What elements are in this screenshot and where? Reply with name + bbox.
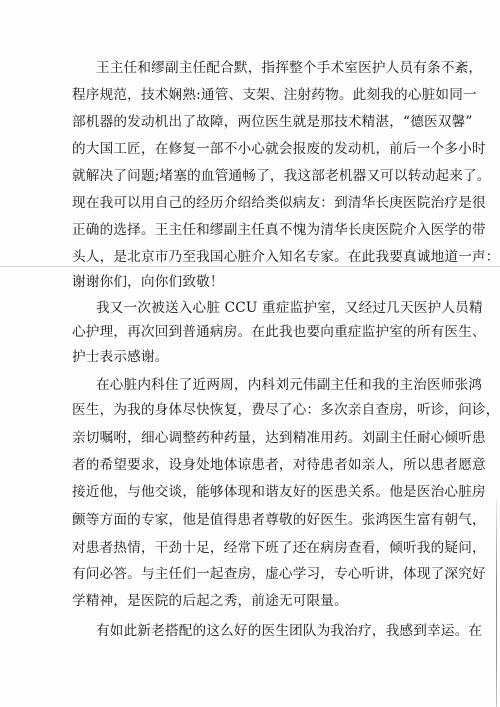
paragraph-1-line-2: 程序规范，技术娴熟:通管、支架、注射药物。此刻我的心脏如同一 — [72, 87, 420, 103]
scanned-document-page: 王主任和缪副主任配合默，指挥整个手术室医护人员有条不紊， 程序规范，技术娴熟:通… — [0, 0, 500, 707]
paragraph-1-line-9: 谢谢你们，向你们致敬！ — [72, 274, 420, 290]
paragraph-3-line-3: 亲切嘱咐，细心调整药种药量，达到精准用药。刘副主任耐心倾听患 — [72, 430, 420, 446]
paragraph-3-line-1: 在心脏内科住了近两周，内科刘元伟副主任和我的主治医师张鸿 — [96, 377, 420, 393]
paragraph-1-line-8: 头人，是北京市乃至我国心脏介入知名专家。在此我要真诚地道一声： — [72, 249, 420, 265]
paragraph-3-line-8: 有问必答。与主任们一起查房，虚心学习，专心听讲，体现了深究好 — [72, 566, 420, 582]
paragraph-2-line-3: 护士表示感谢。 — [72, 349, 420, 365]
paragraph-1-line-3: 部机器的发动机出了故障，两位医生就是那技术精湛，“德医双馨” — [72, 114, 420, 130]
paragraph-1-line-1: 王主任和缪副主任配合默，指挥整个手术室医护人员有条不紊， — [96, 60, 420, 76]
paragraph-3-line-2: 医生，为我的身体尽快恢复，费尽了心：多次亲自查房，听诊，问诊， — [72, 402, 420, 418]
paragraph-3-line-5: 接近他，与他交谈，能够体现和谐友好的医患关系。他是医治心脏房 — [72, 484, 420, 500]
paragraph-3-line-4: 者的希望要求，设身处地体谅患者，对待患者如亲人，所以患者愿意 — [72, 457, 420, 473]
paragraph-4-line-1: 有如此新老搭配的这么好的医生团队为我治疗，我感到幸运。在 — [96, 623, 420, 639]
paragraph-1-line-6: 现在我可以用自己的经历介绍给类似病友：到清华长庚医院治疗是很 — [72, 195, 420, 211]
paragraph-1-line-5: 就解决了问题;堵塞的血管通畅了，我这部老机器又可以转动起来了。 — [72, 168, 420, 184]
paragraph-1-line-4: 的大国工匠，在修复一部不小心就会报废的发动机，前后一个多小时 — [72, 141, 420, 157]
scan-artifact-vertical-line — [496, 500, 497, 707]
scan-artifact-horizontal-line — [0, 266, 500, 267]
paragraph-3-line-7: 对患者热情，干劲十足，经常下班了还在病房查看，倾听我的疑问， — [72, 540, 420, 556]
paragraph-2-line-1: 我又一次被送入心脏 CCU 重症监护室，又经过几天医护人员精 — [96, 300, 420, 316]
paragraph-3-line-9: 学精神，是医院的后起之秀，前途无可限量。 — [72, 593, 420, 609]
paragraph-2-line-2: 心护理，再次回到普通病房。在此我也要向重症监护室的所有医生、 — [72, 324, 420, 340]
paragraph-3-line-6: 颤等方面的专家，他是值得患者尊敬的好医生。张鸿医生富有朝气， — [72, 512, 420, 528]
paragraph-1-line-7: 正确的选择。王主任和缪副主任真不愧为清华长庚医院介入医学的带 — [72, 222, 420, 238]
